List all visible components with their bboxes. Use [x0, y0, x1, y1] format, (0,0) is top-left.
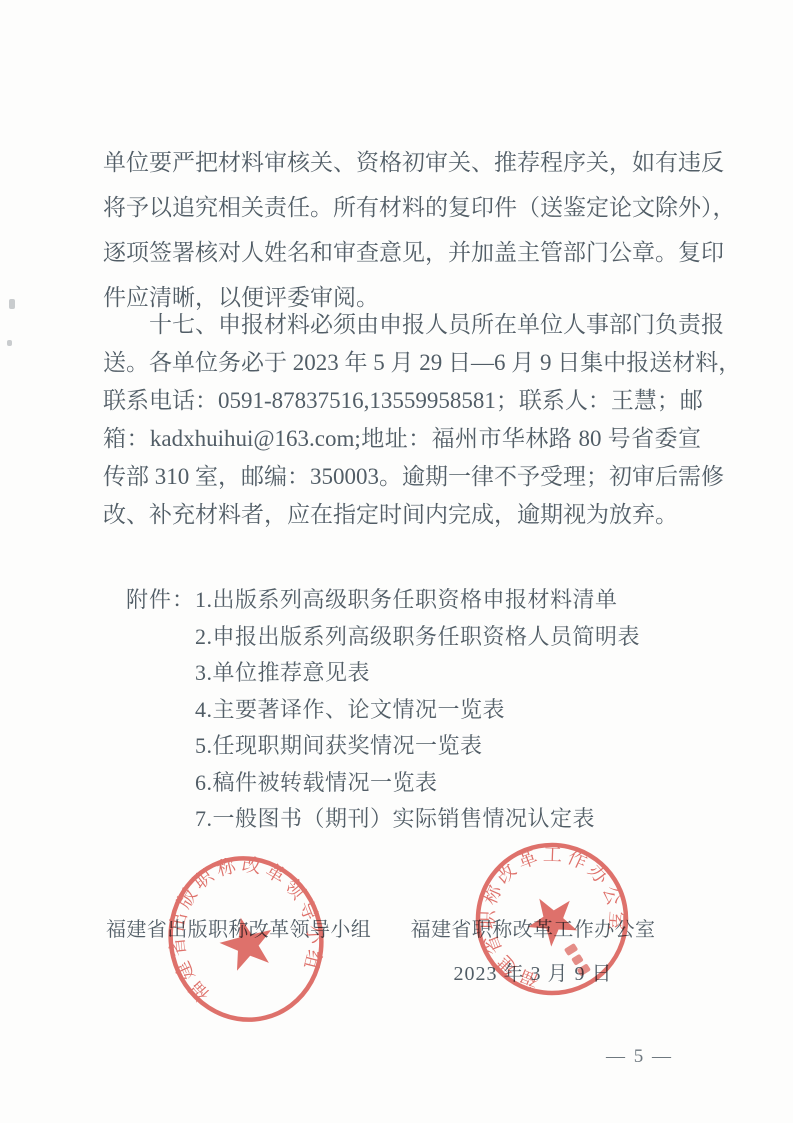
signature-right-org: 福建省职称改革工作办公室 [410, 916, 656, 944]
body-text-line: 逐项签署核对人姓名和审查意见，并加盖主管部门公章。复印 [103, 230, 701, 275]
attachment-item: 5.任现职期间获奖情况一览表 [195, 728, 640, 765]
signature-date: 2023 年 3 月 9 日 [410, 960, 656, 988]
scan-artifact [7, 340, 12, 346]
body-paragraph-1: 单位要严把材料审核关、资格初审关、推荐程序关，如有违反 将予以追究相关责任。所有… [103, 140, 701, 320]
attachment-item: 4.主要著译作、论文情况一览表 [195, 692, 640, 729]
attachment-item: 1.出版系列高级职务任职资格申报材料清单 [195, 582, 640, 619]
body-text-line: 箱：kadxhuihui@163.com;地址：福州市华林路 80 号省委宣 [103, 420, 701, 458]
body-text-line: 传部 310 室，邮编：350003。逾期一律不予受理；初审后需修 [103, 458, 701, 496]
attachment-item: 7.一般图书（期刊）实际销售情况认定表 [195, 801, 640, 838]
body-text-line: 将予以追究相关责任。所有材料的复印件（送鉴定论文除外）， [103, 185, 701, 230]
attachment-item: 2.申报出版系列高级职务任职资格人员简明表 [195, 619, 640, 656]
attachment-item: 6.稿件被转载情况一览表 [195, 765, 640, 802]
signature-left-org: 福建省出版职称改革领导小组 [106, 916, 371, 944]
page-number: — 5 — [606, 1046, 673, 1068]
body-text-line: 送。各单位务必于 2023 年 5 月 29 日—6 月 9 日集中报送材料， [103, 344, 701, 382]
body-text-line: 单位要严把材料审核关、资格初审关、推荐程序关，如有违反 [103, 140, 701, 185]
attachments-label: 附件： [126, 582, 195, 619]
signature-right-block: 福建省职称改革工作办公室 2023 年 3 月 9 日 [410, 916, 656, 988]
scan-artifact [9, 299, 15, 309]
attachments-list: 1.出版系列高级职务任职资格申报材料清单 2.申报出版系列高级职务任职资格人员简… [195, 582, 640, 838]
attachments-block: 附件： 1.出版系列高级职务任职资格申报材料清单 2.申报出版系列高级职务任职资… [126, 582, 640, 838]
body-text-line: 改、补充材料者，应在指定时间内完成，逾期视为放弃。 [103, 496, 701, 534]
body-paragraph-2: 十七、申报材料必须由申报人员所在单位人事部门负责报 送。各单位务必于 2023 … [103, 306, 701, 534]
scanned-document-page: 单位要严把材料审核关、资格初审关、推荐程序关，如有违反 将予以追究相关责任。所有… [0, 0, 793, 1123]
attachment-item: 3.单位推荐意见表 [195, 655, 640, 692]
body-text-line: 联系电话：0591-87837516,13559958581；联系人：王慧；邮 [103, 382, 701, 420]
body-text-line: 十七、申报材料必须由申报人员所在单位人事部门负责报 [103, 306, 701, 344]
